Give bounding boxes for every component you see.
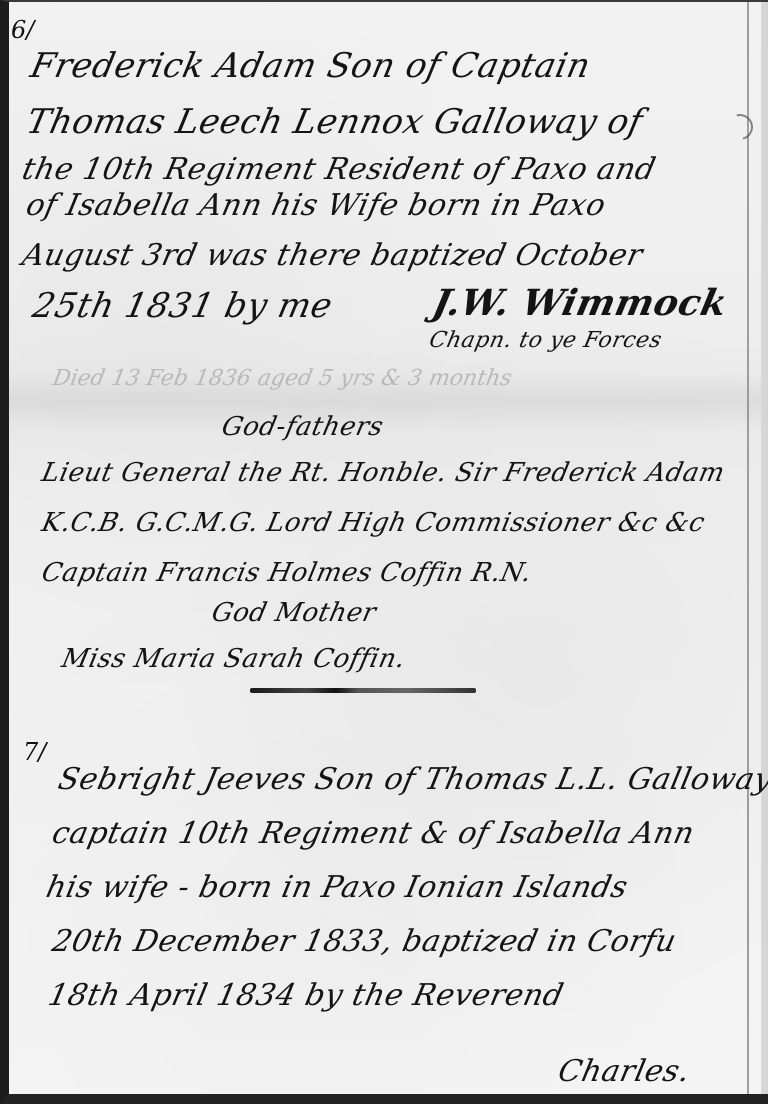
page-edge: [761, 2, 768, 1094]
godfather-line: Captain Francis Holmes Coffin R.N.: [39, 558, 535, 588]
entry-line: 18th April 1834 by the Reverend: [45, 978, 567, 1013]
entry-line: Frederick Adam Son of Captain: [27, 46, 594, 86]
entry-line: Sebright Jeeves Son of Thomas L.L. Gallo…: [55, 762, 768, 797]
register-page: 6/ Frederick Adam Son of Captain Thomas …: [0, 0, 768, 1104]
godmother-heading: God Mother: [209, 598, 379, 628]
margin-rule: [747, 2, 749, 1094]
entry-line: his wife - born in Paxo Ionian Islands: [43, 870, 631, 905]
signature-name: J.W. Wimmock: [429, 282, 731, 324]
entry-line: 20th December 1833, baptized in Corfu: [49, 924, 680, 959]
pencil-annotation: Died 13 Feb 1836 aged 5 yrs & 3 months: [51, 366, 514, 391]
margin-mark: [722, 109, 758, 145]
entry-line: August 3rd was there baptized October: [19, 238, 646, 273]
entry-number: 7/: [23, 738, 46, 766]
entry-line: 25th 1831 by me: [29, 286, 336, 326]
godfather-line: K.C.B. G.C.M.G. Lord High Commissioner &…: [39, 508, 708, 538]
entry-divider: [250, 688, 476, 693]
entry-line: Thomas Leech Lennox Galloway of: [23, 102, 646, 142]
entry-number: 6/: [11, 16, 34, 44]
godmother-line: Miss Maria Sarah Coffin.: [59, 644, 408, 674]
godfathers-heading: God-fathers: [219, 412, 386, 442]
godfather-line: Lieut General the Rt. Honble. Sir Freder…: [39, 458, 728, 488]
signature-title: Chapn. to ye Forces: [427, 328, 664, 353]
entry-line: of Isabella Ann his Wife born in Paxo: [23, 188, 609, 223]
entry-line: the 10th Regiment Resident of Paxo and: [19, 152, 659, 187]
entry-line: captain 10th Regiment & of Isabella Ann: [49, 816, 698, 851]
entry-line: Charles.: [555, 1054, 693, 1089]
